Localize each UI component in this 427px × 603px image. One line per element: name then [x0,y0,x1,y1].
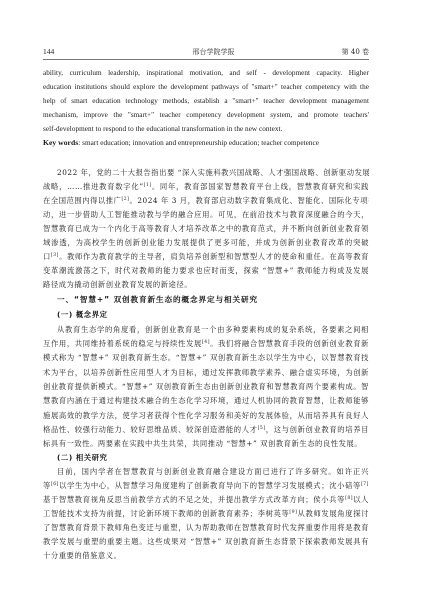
paper-page: 144 邢台学院学报 第 40 卷 ability, curriculum le… [0,0,427,603]
citation: [7] [361,482,369,487]
subsection-heading: (一) 概念界定 [57,310,108,320]
citation: [6] [51,482,59,487]
body-line: 目前，国内学者在智慧教育与创新创业教育融合建设方面已进行了许多研究。如许正兴 [57,467,369,477]
body-line: 智慧教育已成为一个内化于高等教育人才培养改革之中的教育范式，并不断向创新创业教育… [43,224,369,234]
body-line: 口[3]。教师作为教育教学的主导者，肩负培养创新型和智慧型人才的使命和重任。在高… [43,252,369,262]
body-line: 等[6]以学生为中心，从智慧学习角度建构了创新教育导向下的智慧学习发展模式；沈小… [43,481,369,491]
citation: [5] [258,426,266,431]
section-heading: 一、“智慧+” 双创教育新生态的概念界定与相关研究 [57,295,258,305]
abstract-line: self-development to respond to the educa… [43,124,369,134]
body-line: 慧教育内涵在于通过构建技术融合的生态化学习环境，通过人机协同的教育智慧，让教师能… [43,396,369,406]
body-line: 从教育生态学的角度看，创新创业教育是一个由多种要素构成的复杂系统，各要素之间相 [57,325,369,335]
volume-label: 第 40 卷 [342,47,369,57]
body-line: 变革潮流激荡之下，时代对教师的能力要求也应时而变，探索 “智慧+” 教师能力构成… [43,266,369,276]
body-line: 模式称为 “智慧+” 双创教育新生态。“智慧+” 双创教育新生态以学生为中心，以… [43,353,369,363]
body-line: 了智慧教育背景下教师角色变迁与重塑，认为帮助教师在智慧教育时代发挥重要作用将是教… [43,523,369,533]
abstract-line: ability, curriculum leadership, inspirat… [43,68,369,78]
abstract-line: mechanism, improve the "smart+" teacher … [43,110,369,120]
body-line: 工智能技术支持为前提，讨论新环境下教师的创新教育素养；李树英等[9]从教师发展角… [43,509,369,519]
keywords-text: smart education; innovation and entrepre… [82,139,319,147]
body-line: 在全国范围内得以推广[2]。2024 年 3 月，教育部启动数字教育集成化、智能… [43,196,369,206]
subsection-heading: (二) 相关研究 [57,453,108,463]
abstract-line: education institutions should explore th… [43,82,369,92]
body-line: 域渗透，为高校学生的创新创业能力发展提供了更多可能，并成为创新创业教育改革的突破 [43,238,369,248]
body-line: 十分重要的借鉴意义。 [43,551,369,561]
citation: [1] [144,183,152,188]
body-line: 教学发展与重塑的重要主题。这些成果对 “智慧+” 双创教育新生态背景下探索教师发… [43,537,369,547]
body-line: 路径成为撬动创新创业教育发展的新途径。 [43,280,369,290]
citation: [4] [202,340,210,345]
citation: [8] [345,496,353,501]
header-rule [43,59,369,60]
body-line: 动，进一步借助人工智能推动教与学的融合应用。可见，在前沿技术与教育深度融合的今天… [43,210,369,220]
body-line: 标具有一致性。两要素在实践中共生共荣，共同推动 “智慧+” 双创教育新生态的良性… [43,439,369,449]
body-line: 2022 年，党的二十大报告指出要 “深入实施科教兴国战略、人才强国战略、创新驱… [57,168,369,178]
keywords: Key words: smart education; innovation a… [43,138,369,148]
body-line: 施展高效的教学方法，使学习者获得个性化学习服务和美好的发展体验，从而培养具有良好… [43,411,369,421]
body-line: 创业教育提供新模式。“智慧+” 双创教育新生态由创新创业教育和智慧教育两个要素构… [43,382,369,392]
citation: [3] [51,253,59,258]
body-line: 格品性、较强行动能力、较好思维品质、较深创造潜能的人才[5]，这与创新创业教育的… [43,425,369,435]
citation: [2] [121,197,129,202]
keywords-label: Key words [43,138,78,147]
abstract-line: help of smart education technology metho… [43,96,369,106]
body-line: 互作用，共同维持着系统的稳定与持续性发展[4]。我们将融合智慧教育手段的创新创业… [43,339,369,349]
body-line: 战略，……推进教育数字化”[1]。同年，教育部国家智慧教育平台上线，智慧教育研究… [43,182,369,192]
body-line: 基于智慧教育视角反思当前教学方式的不足之处，并提出教学方式改革方向；侯小兵等[8… [43,495,369,505]
body-line: 术为平台，以培养创新性应用型人才为目标，通过发挥教师教学素养、融合虚实环境，为创… [43,368,369,378]
